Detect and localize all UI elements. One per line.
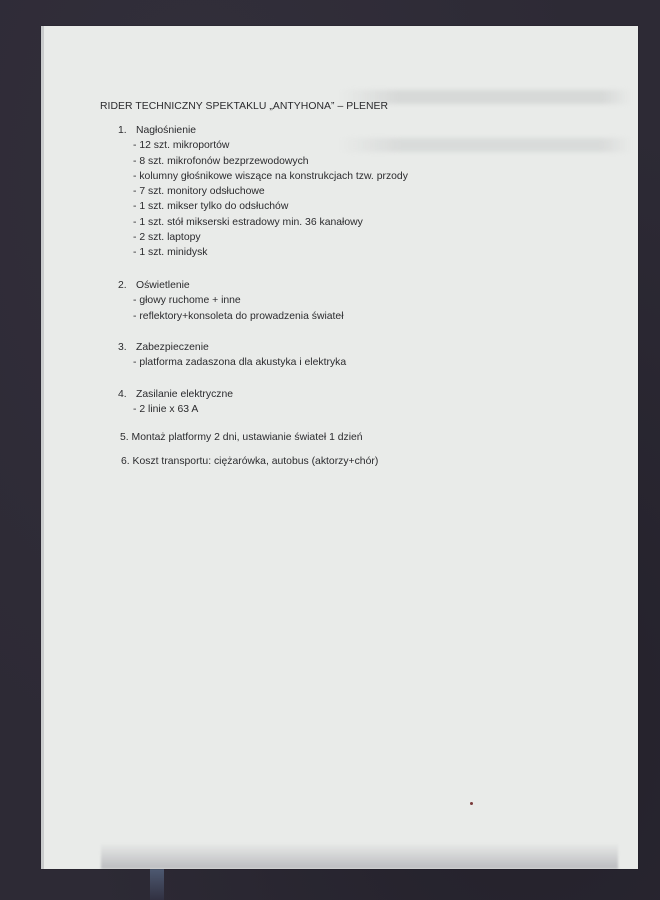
- section-heading: 3.Zabezpieczenie: [118, 340, 346, 355]
- note-montaz: 5. Montaż platformy 2 dni, ustawianie św…: [120, 430, 363, 445]
- list-item: - platforma zadaszona dla akustyka i ele…: [118, 355, 346, 370]
- list-item: - 7 szt. monitory odsłuchowe: [118, 184, 408, 199]
- section-number: 2.: [118, 278, 136, 293]
- scanner-light-streak: [150, 868, 164, 900]
- section-label: Oświetlenie: [136, 280, 190, 291]
- document-content: RIDER TECHNICZNY SPEKTAKLU „ANTYHONA” – …: [41, 26, 638, 869]
- list-item: - 1 szt. stół mikserski estradowy min. 3…: [118, 215, 408, 230]
- document-title: RIDER TECHNICZNY SPEKTAKLU „ANTYHONA” – …: [100, 99, 388, 114]
- list-item: - 1 szt. minidysk: [118, 245, 408, 260]
- document-page: RIDER TECHNICZNY SPEKTAKLU „ANTYHONA” – …: [41, 26, 638, 869]
- section-naglosnienie: 1.Nagłośnienie - 12 szt. mikroportów - 8…: [118, 123, 408, 261]
- list-item: - 12 szt. mikroportów: [118, 138, 408, 153]
- list-item: - 1 szt. mikser tylko do odsłuchów: [118, 199, 408, 214]
- section-zasilanie: 4.Zasilanie elektryczne - 2 linie x 63 A: [118, 387, 233, 418]
- section-number: 4.: [118, 387, 136, 402]
- section-label: Nagłośnienie: [136, 125, 196, 136]
- list-item: - 2 linie x 63 A: [118, 402, 233, 417]
- section-number: 3.: [118, 340, 136, 355]
- list-item: - 8 szt. mikrofonów bezprzewodowych: [118, 154, 408, 169]
- section-label: Zabezpieczenie: [136, 342, 209, 353]
- section-oswietlenie: 2.Oświetlenie - głowy ruchome + inne - r…: [118, 278, 344, 324]
- section-label: Zasilanie elektryczne: [136, 389, 233, 400]
- list-item: - 2 szt. laptopy: [118, 230, 408, 245]
- section-heading: 2.Oświetlenie: [118, 278, 344, 293]
- section-heading: 4.Zasilanie elektryczne: [118, 387, 233, 402]
- list-item: - głowy ruchome + inne: [118, 293, 344, 308]
- section-heading: 1.Nagłośnienie: [118, 123, 408, 138]
- section-number: 1.: [118, 123, 136, 138]
- section-zabezpieczenie: 3.Zabezpieczenie - platforma zadaszona d…: [118, 340, 346, 371]
- list-item: - reflektory+konsoleta do prowadzenia św…: [118, 309, 344, 324]
- note-transport: 6. Koszt transportu: ciężarówka, autobus…: [121, 454, 378, 469]
- list-item: - kolumny głośnikowe wiszące na konstruk…: [118, 169, 408, 184]
